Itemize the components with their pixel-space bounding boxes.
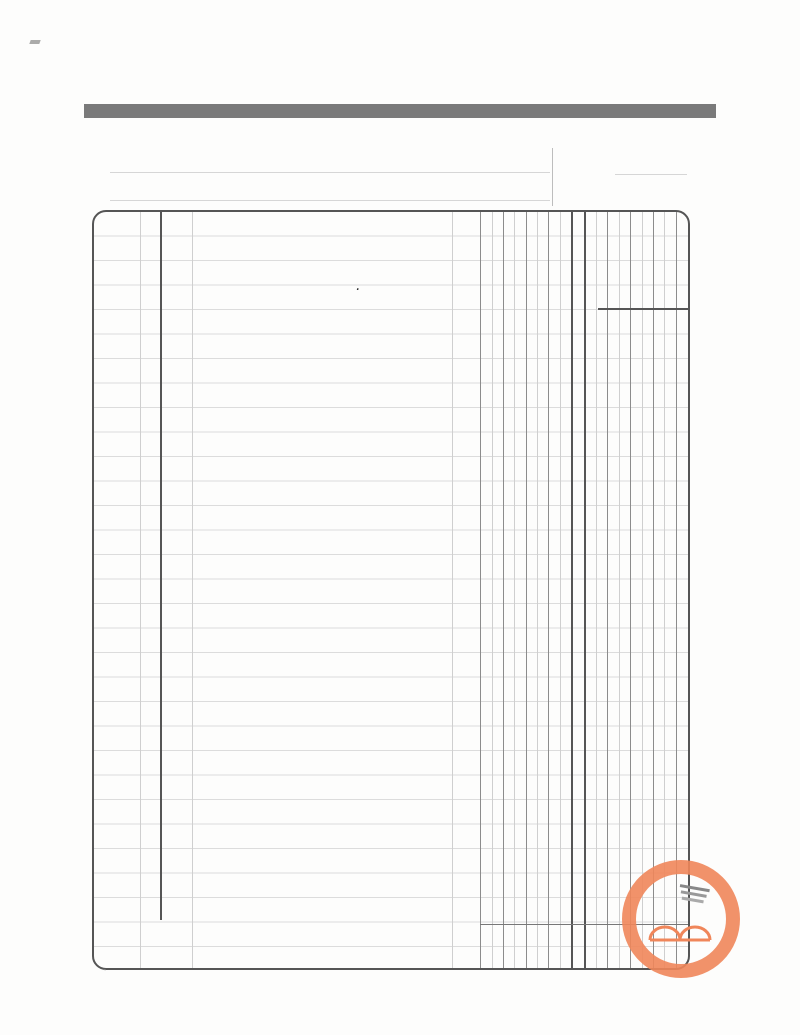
dare-column-line — [537, 212, 538, 968]
baldini-library-watermark — [620, 858, 742, 980]
subtitle-rule — [110, 200, 550, 201]
dare-column-line — [480, 212, 481, 968]
scan-speck — [29, 40, 40, 44]
conto-rule — [615, 174, 687, 175]
index-tabs-bottom-row — [84, 104, 716, 118]
ledger-sheet: . — [92, 210, 690, 970]
dare-column-line — [560, 212, 561, 968]
dare-column-line — [503, 212, 504, 968]
avere-column-line — [653, 212, 654, 968]
books-icon — [678, 884, 710, 904]
avere-column-line — [607, 212, 608, 968]
total-rule — [598, 308, 688, 310]
avere-column-line — [619, 212, 620, 968]
avere-column-line — [664, 212, 665, 968]
avere-column-line — [676, 212, 677, 968]
description-grid-line — [452, 212, 453, 968]
dare-check-divider — [571, 212, 573, 968]
avere-column-line — [596, 212, 597, 968]
dare-column-line — [514, 212, 515, 968]
avere-column-line — [642, 212, 643, 968]
conto-divider — [552, 148, 553, 206]
open-book-icon — [650, 927, 710, 940]
description-grid-line — [192, 212, 193, 968]
date-grid-line — [140, 212, 141, 968]
check-avere-divider — [584, 212, 586, 968]
index-tabs-top-row — [84, 82, 716, 104]
entry-dot: . — [356, 278, 360, 294]
dare-column-line — [526, 212, 527, 968]
title-rule — [110, 172, 550, 173]
avere-column-line — [630, 212, 631, 968]
dare-column-line — [548, 212, 549, 968]
form-model-footer: , — [104, 965, 106, 972]
date-description-divider — [160, 212, 162, 920]
dare-column-line — [492, 212, 493, 968]
alphabet-index-tabs — [84, 82, 716, 120]
